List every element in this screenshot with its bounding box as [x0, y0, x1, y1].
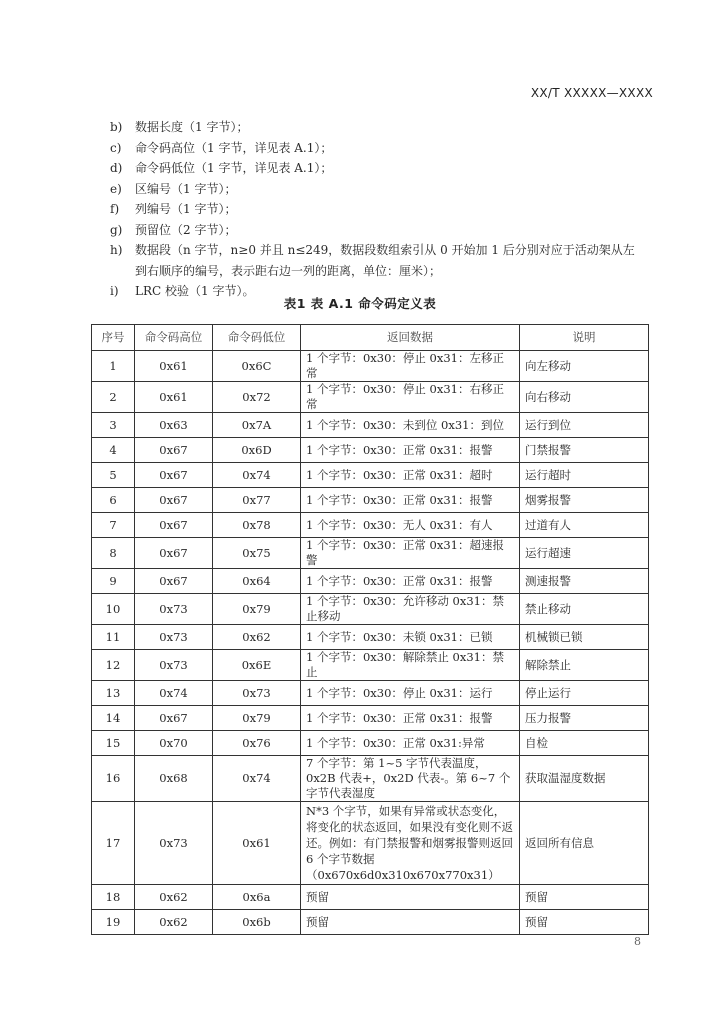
cell-index: 19 [92, 910, 135, 935]
command-code-table: 序号 命令码高位 命令码低位 返回数据 说明 10x610x6C1 个字节：0x… [91, 324, 649, 935]
table-row: 120x730x6E1 个字节：0x30：解除禁止 0x31：禁止解除禁止 [92, 650, 649, 681]
cell-code-low: 0x62 [213, 625, 301, 650]
header-return-data: 返回数据 [301, 325, 520, 351]
table-row: 20x610x721 个字节：0x30：停止 0x31：右移正常向右移动 [92, 382, 649, 413]
cell-code-low: 0x6b [213, 910, 301, 935]
table-row: 60x670x771 个字节：0x30：正常 0x31：报警烟雾报警 [92, 488, 649, 513]
cell-index: 5 [92, 463, 135, 488]
cell-description: 返回所有信息 [520, 802, 649, 885]
cell-description: 机械锁已锁 [520, 625, 649, 650]
cell-description: 解除禁止 [520, 650, 649, 681]
list-text: 命令码高位（1 字节，详见表 A.1）； [135, 138, 670, 159]
cell-description: 禁止移动 [520, 594, 649, 625]
list-text: 数据段（n 字节，n≥0 并且 n≤249，数据段数组索引从 0 开始加 1 后… [135, 240, 670, 281]
cell-index: 17 [92, 802, 135, 885]
cell-code-high: 0x63 [135, 413, 213, 438]
cell-code-high: 0x67 [135, 569, 213, 594]
list-marker: d) [110, 158, 135, 179]
list-item-e: e) 区编号（1 字节）； [110, 179, 670, 200]
list-marker: h) [110, 240, 135, 281]
cell-code-low: 0x74 [213, 756, 301, 802]
cell-code-high: 0x70 [135, 731, 213, 756]
list-marker: g) [110, 220, 135, 241]
cell-index: 4 [92, 438, 135, 463]
table-row: 180x620x6a预留预留 [92, 885, 649, 910]
cell-return-data: 7 个字节：第 1~5 字节代表温度，0x2B 代表+，0x2D 代表-。第 6… [301, 756, 520, 802]
cell-description: 自检 [520, 731, 649, 756]
cell-code-high: 0x61 [135, 351, 213, 382]
list-marker: b) [110, 117, 135, 138]
cell-code-low: 0x79 [213, 706, 301, 731]
list-text: 数据长度（1 字节）； [135, 117, 670, 138]
cell-code-low: 0x76 [213, 731, 301, 756]
cell-code-high: 0x61 [135, 382, 213, 413]
table-row: 100x730x791 个字节：0x30：允许移动 0x31：禁止移动禁止移动 [92, 594, 649, 625]
table-row: 40x670x6D1 个字节：0x30：正常 0x31：报警门禁报警 [92, 438, 649, 463]
cell-code-high: 0x62 [135, 910, 213, 935]
cell-code-high: 0x62 [135, 885, 213, 910]
cell-index: 14 [92, 706, 135, 731]
table-row: 190x620x6b预留预留 [92, 910, 649, 935]
cell-index: 12 [92, 650, 135, 681]
cell-description: 向左移动 [520, 351, 649, 382]
table-row: 10x610x6C1 个字节：0x30：停止 0x31：左移正常向左移动 [92, 351, 649, 382]
cell-code-low: 0x77 [213, 488, 301, 513]
cell-index: 10 [92, 594, 135, 625]
cell-index: 2 [92, 382, 135, 413]
cell-code-high: 0x73 [135, 802, 213, 885]
table-row: 170x730x61N*3 个字节，如果有异常或状态变化，将变化的状态返回，如果… [92, 802, 649, 885]
cell-code-low: 0x78 [213, 513, 301, 538]
cell-index: 1 [92, 351, 135, 382]
cell-code-high: 0x67 [135, 438, 213, 463]
cell-code-low: 0x79 [213, 594, 301, 625]
cell-code-low: 0x74 [213, 463, 301, 488]
cell-description: 测速报警 [520, 569, 649, 594]
cell-description: 压力报警 [520, 706, 649, 731]
table-row: 140x670x791 个字节：0x30：正常 0x31：报警压力报警 [92, 706, 649, 731]
table-row: 150x700x761 个字节：0x30：正常 0x31:异常自检 [92, 731, 649, 756]
cell-code-high: 0x73 [135, 650, 213, 681]
cell-return-data: 1 个字节：0x30：未到位 0x31：到位 [301, 413, 520, 438]
cell-code-low: 0x6C [213, 351, 301, 382]
table-row: 50x670x741 个字节：0x30：正常 0x31：超时运行超时 [92, 463, 649, 488]
list-text: 区编号（1 字节）； [135, 179, 670, 200]
field-list: b) 数据长度（1 字节）； c) 命令码高位（1 字节，详见表 A.1）； d… [110, 117, 670, 302]
cell-index: 11 [92, 625, 135, 650]
cell-return-data: 1 个字节：0x30：停止 0x31：运行 [301, 681, 520, 706]
list-marker: c) [110, 138, 135, 159]
cell-code-low: 0x72 [213, 382, 301, 413]
cell-index: 16 [92, 756, 135, 802]
header-code-low: 命令码低位 [213, 325, 301, 351]
table-row: 30x630x7A1 个字节：0x30：未到位 0x31：到位运行到位 [92, 413, 649, 438]
cell-code-low: 0x61 [213, 802, 301, 885]
cell-index: 7 [92, 513, 135, 538]
cell-index: 3 [92, 413, 135, 438]
list-item-f: f) 列编号（1 字节）； [110, 199, 670, 220]
cell-code-low: 0x6E [213, 650, 301, 681]
cell-return-data: 1 个字节：0x30：停止 0x31：右移正常 [301, 382, 520, 413]
cell-return-data: 1 个字节：0x30：解除禁止 0x31：禁止 [301, 650, 520, 681]
list-marker: e) [110, 179, 135, 200]
cell-code-high: 0x67 [135, 488, 213, 513]
cell-return-data: 1 个字节：0x30：正常 0x31：超时 [301, 463, 520, 488]
cell-description: 运行超时 [520, 463, 649, 488]
cell-return-data: 1 个字节：0x30：未锁 0x31：已锁 [301, 625, 520, 650]
header-index: 序号 [92, 325, 135, 351]
cell-code-high: 0x67 [135, 538, 213, 569]
cell-return-data: 1 个字节：0x30：正常 0x31:异常 [301, 731, 520, 756]
cell-index: 15 [92, 731, 135, 756]
cell-description: 预留 [520, 910, 649, 935]
cell-index: 9 [92, 569, 135, 594]
table-row: 70x670x781 个字节：0x30：无人 0x31：有人过道有人 [92, 513, 649, 538]
cell-description: 门禁报警 [520, 438, 649, 463]
cell-description: 获取温湿度数据 [520, 756, 649, 802]
table-caption: 表1 表 A.1 命令码定义表 [0, 294, 720, 312]
cell-return-data: 预留 [301, 885, 520, 910]
cell-code-high: 0x67 [135, 463, 213, 488]
cell-code-high: 0x67 [135, 706, 213, 731]
cell-return-data: 1 个字节：0x30：无人 0x31：有人 [301, 513, 520, 538]
table-row: 80x670x751 个字节：0x30：正常 0x31：超速报警运行超速 [92, 538, 649, 569]
cell-return-data: 1 个字节：0x30：正常 0x31：报警 [301, 438, 520, 463]
table-header-row: 序号 命令码高位 命令码低位 返回数据 说明 [92, 325, 649, 351]
document-code: XX/T XXXXX—XXXX [531, 86, 653, 100]
cell-index: 6 [92, 488, 135, 513]
cell-code-low: 0x64 [213, 569, 301, 594]
cell-code-high: 0x68 [135, 756, 213, 802]
cell-index: 8 [92, 538, 135, 569]
list-text-line2: 到右顺序的编号，表示距右边一列的距离，单位：厘米）； [135, 261, 670, 282]
cell-return-data: 1 个字节：0x30：正常 0x31：报警 [301, 706, 520, 731]
cell-return-data: 1 个字节：0x30：正常 0x31：超速报警 [301, 538, 520, 569]
cell-description: 预留 [520, 885, 649, 910]
cell-code-low: 0x75 [213, 538, 301, 569]
cell-code-low: 0x6a [213, 885, 301, 910]
cell-code-low: 0x6D [213, 438, 301, 463]
table-row: 130x740x731 个字节：0x30：停止 0x31：运行停止运行 [92, 681, 649, 706]
cell-code-high: 0x67 [135, 513, 213, 538]
cell-return-data: 1 个字节：0x30：允许移动 0x31：禁止移动 [301, 594, 520, 625]
list-text: 预留位（2 字节）； [135, 220, 670, 241]
cell-description: 烟雾报警 [520, 488, 649, 513]
cell-code-high: 0x73 [135, 594, 213, 625]
list-item-h: h) 数据段（n 字节，n≥0 并且 n≤249，数据段数组索引从 0 开始加 … [110, 240, 670, 281]
cell-description: 过道有人 [520, 513, 649, 538]
list-text-line1: 数据段（n 字节，n≥0 并且 n≤249，数据段数组索引从 0 开始加 1 后… [135, 243, 635, 257]
cell-description: 向右移动 [520, 382, 649, 413]
cell-code-high: 0x74 [135, 681, 213, 706]
cell-return-data: 1 个字节：0x30：正常 0x31：报警 [301, 569, 520, 594]
cell-description: 运行超速 [520, 538, 649, 569]
list-marker: f) [110, 199, 135, 220]
cell-code-high: 0x73 [135, 625, 213, 650]
list-item-g: g) 预留位（2 字节）； [110, 220, 670, 241]
table-row: 160x680x747 个字节：第 1~5 字节代表温度，0x2B 代表+，0x… [92, 756, 649, 802]
header-description: 说明 [520, 325, 649, 351]
cell-return-data: 预留 [301, 910, 520, 935]
cell-return-data: N*3 个字节，如果有异常或状态变化，将变化的状态返回，如果没有变化则不返还。例… [301, 802, 520, 885]
page-number: 8 [634, 935, 641, 948]
list-item-b: b) 数据长度（1 字节）； [110, 117, 670, 138]
cell-index: 13 [92, 681, 135, 706]
list-item-d: d) 命令码低位（1 字节，详见表 A.1）； [110, 158, 670, 179]
list-text: 命令码低位（1 字节，详见表 A.1）； [135, 158, 670, 179]
header-code-high: 命令码高位 [135, 325, 213, 351]
table-row: 110x730x621 个字节：0x30：未锁 0x31：已锁机械锁已锁 [92, 625, 649, 650]
cell-code-low: 0x73 [213, 681, 301, 706]
list-item-c: c) 命令码高位（1 字节，详见表 A.1）； [110, 138, 670, 159]
cell-code-low: 0x7A [213, 413, 301, 438]
cell-index: 18 [92, 885, 135, 910]
cell-return-data: 1 个字节：0x30：正常 0x31：报警 [301, 488, 520, 513]
cell-return-data: 1 个字节：0x30：停止 0x31：左移正常 [301, 351, 520, 382]
cell-description: 停止运行 [520, 681, 649, 706]
table-row: 90x670x641 个字节：0x30：正常 0x31：报警测速报警 [92, 569, 649, 594]
cell-description: 运行到位 [520, 413, 649, 438]
list-text: 列编号（1 字节）； [135, 199, 670, 220]
